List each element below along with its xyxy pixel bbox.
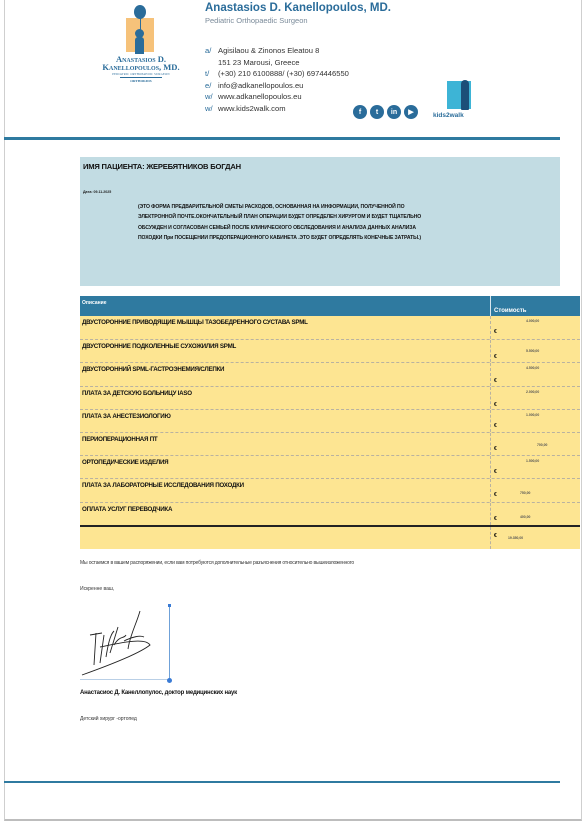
currency-symbol: € (494, 492, 497, 498)
row-amount: 750,00 (520, 491, 530, 495)
signer-name: Анастасиос Д. Канеллопулос, доктор медиц… (80, 690, 237, 696)
table-row: ПЛАТА ЗА ЛАБОРАТОРНЫЕ ИССЛЕДОВАНИЯ ПОХОД… (80, 478, 580, 501)
row-description: ПЛАТА ЗА ДЕТСКУЮ БОЛЬНИЦУ IASO (82, 390, 192, 397)
row-amount: 4.000,00 (526, 319, 539, 323)
currency-symbol: € (494, 378, 497, 384)
table-body: ДВУСТОРОННИЕ ПРИВОДЯЩИЕ МЫШЦЫ ТАЗОБЕДРЕН… (80, 316, 580, 525)
contact-address: a/Agisilaou & Zinonos Eleatou 8 (205, 45, 349, 57)
currency-symbol: € (494, 516, 497, 522)
estimate-disclaimer: (ЭТО ФОРМА ПРЕДВАРИТЕЛЬНОЙ СМЕТЫ РАСХОДО… (138, 202, 438, 243)
row-description: ОРТОПЕДИЧЕСКИЕ ИЗДЕЛИЯ (82, 459, 168, 466)
row-amount: 1.500,00 (526, 459, 539, 463)
row-amount: 2.000,00 (526, 390, 539, 394)
facebook-icon[interactable]: f (353, 105, 367, 119)
clinic-logo: Anastasios D. Kanellopoulos, MD. PEDIATR… (85, 2, 197, 90)
row-description: ПЛАТА ЗА ЛАБОРАТОРНЫЕ ИССЛЕДОВАНИЯ ПОХОД… (82, 482, 244, 489)
closing-text: Мы остаемся в вашем распоряжении, если в… (80, 560, 354, 566)
table-row: ДВУСТОРОННИЕ ПОДКОЛЕННЫЕ СУХОЖИЛИЯ SPML€… (80, 339, 580, 362)
table-row: ПЛАТА ЗА АНЕСТЕЗИОЛОГИЮ€1.000,00 (80, 409, 580, 432)
resize-handle-bottom[interactable] (167, 678, 172, 683)
row-amount: 5.500,00 (526, 349, 539, 353)
logo-subtitle: PEDIATRIC ORTHOPAEDIC SURGEON (85, 72, 197, 76)
contact-website[interactable]: w/www.adkanellopoulos.eu (205, 91, 349, 103)
resize-handle-top[interactable] (168, 604, 171, 607)
currency-symbol: € (494, 329, 497, 335)
header-divider (4, 137, 560, 140)
linkedin-icon[interactable]: in (387, 105, 401, 119)
footer-divider (4, 781, 560, 783)
contact-email[interactable]: e/info@adkanellopoulos.eu (205, 80, 349, 92)
currency-symbol: € (494, 469, 497, 475)
row-description: ДВУСТОРОННИЕ ПРИВОДЯЩИЕ МЫШЦЫ ТАЗОБЕДРЕН… (82, 319, 308, 326)
total-amount: 19.350,00 (508, 536, 523, 540)
social-links: f t in ▶ (353, 105, 418, 119)
row-description: ДВУСТОРОННИЕ ПОДКОЛЕННЫЕ СУХОЖИЛИЯ SPML (82, 343, 236, 350)
patient-name: ИМЯ ПАЦИЕНТА: ЖЕРЕБЯТНИКОВ БОГДАН (83, 162, 241, 171)
doctor-name: Anastasios D. Kanellopoulos, MD. (205, 2, 391, 14)
logo-affiliation: ORTHOKIDS (85, 79, 197, 83)
currency-symbol: € (494, 402, 497, 408)
signature-image[interactable] (80, 605, 170, 680)
total-row: € 19.350,00 (80, 527, 580, 549)
table-row: ПЕРИОПЕРАЦИОННАЯ ПТ€700,00 (80, 432, 580, 455)
currency-symbol: € (494, 423, 497, 429)
contact-website-kids2walk[interactable]: w/www.kids2walk.com (205, 103, 349, 115)
row-amount: 1.000,00 (526, 413, 539, 417)
row-description: ОПЛАТА УСЛУГ ПЕРЕВОДЧИКА (82, 506, 172, 513)
row-description: ПЛАТА ЗА АНЕСТЕЗИОЛОГИЮ (82, 413, 171, 420)
kids2walk-logo: kids2walk (433, 80, 488, 122)
table-row: ОРТОПЕДИЧЕСКИЕ ИЗДЕЛИЯ€1.500,00 (80, 455, 580, 478)
contact-phone: t/(+30) 210 6100888/ (+30) 6974446550 (205, 68, 349, 80)
table-row: ОПЛАТА УСЛУГ ПЕРЕВОДЧИКА€400,00 (80, 502, 580, 525)
balloon-icon (134, 5, 146, 19)
twitter-icon[interactable]: t (370, 105, 384, 119)
logo-name: Anastasios D. Kanellopoulos, MD. (85, 55, 197, 71)
row-amount: 4.500,00 (526, 366, 539, 370)
regards-text: Искренне ваш, (80, 586, 114, 592)
youtube-icon[interactable]: ▶ (404, 105, 418, 119)
table-row: ДВУСТОРОННИЙ SPML-ГАСТРОЭНЕМИЯ/СЛЕПКИ€4.… (80, 362, 580, 385)
contact-city: 151 23 Marousi, Greece (205, 57, 349, 69)
table-row: ПЛАТА ЗА ДЕТСКУЮ БОЛЬНИЦУ IASO€2.000,00 (80, 386, 580, 409)
patient-info-box: ИМЯ ПАЦИЕНТА: ЖЕРЕБЯТНИКОВ БОГДАН Дата: … (80, 157, 560, 286)
currency-symbol: € (494, 533, 497, 539)
table-row: ДВУСТОРОННИЕ ПРИВОДЯЩИЕ МЫШЦЫ ТАЗОБЕДРЕН… (80, 316, 580, 339)
row-amount: 400,00 (520, 515, 530, 519)
doctor-title: Pediatric Orthopaedic Surgeon (205, 16, 308, 25)
column-description: Описание (82, 300, 106, 306)
estimate-date: Дата: 09.11.2025 (83, 190, 111, 194)
column-cost: Стоимость (494, 308, 526, 314)
contact-block: a/Agisilaou & Zinonos Eleatou 8 151 23 M… (205, 45, 349, 114)
row-description: ДВУСТОРОННИЙ SPML-ГАСТРОЭНЕМИЯ/СЛЕПКИ (82, 366, 224, 373)
signer-title: Детский хирург -ортопед (80, 716, 137, 722)
table-header: Описание Стоимость (80, 296, 580, 316)
signature-icon (80, 605, 170, 680)
currency-symbol: € (494, 354, 497, 360)
cost-table: Описание Стоимость ДВУСТОРОННИЕ ПРИВОДЯЩ… (80, 296, 580, 549)
currency-symbol: € (494, 446, 497, 452)
row-description: ПЕРИОПЕРАЦИОННАЯ ПТ (82, 436, 157, 443)
row-amount: 700,00 (537, 443, 547, 447)
walking-child-icon (461, 80, 469, 110)
